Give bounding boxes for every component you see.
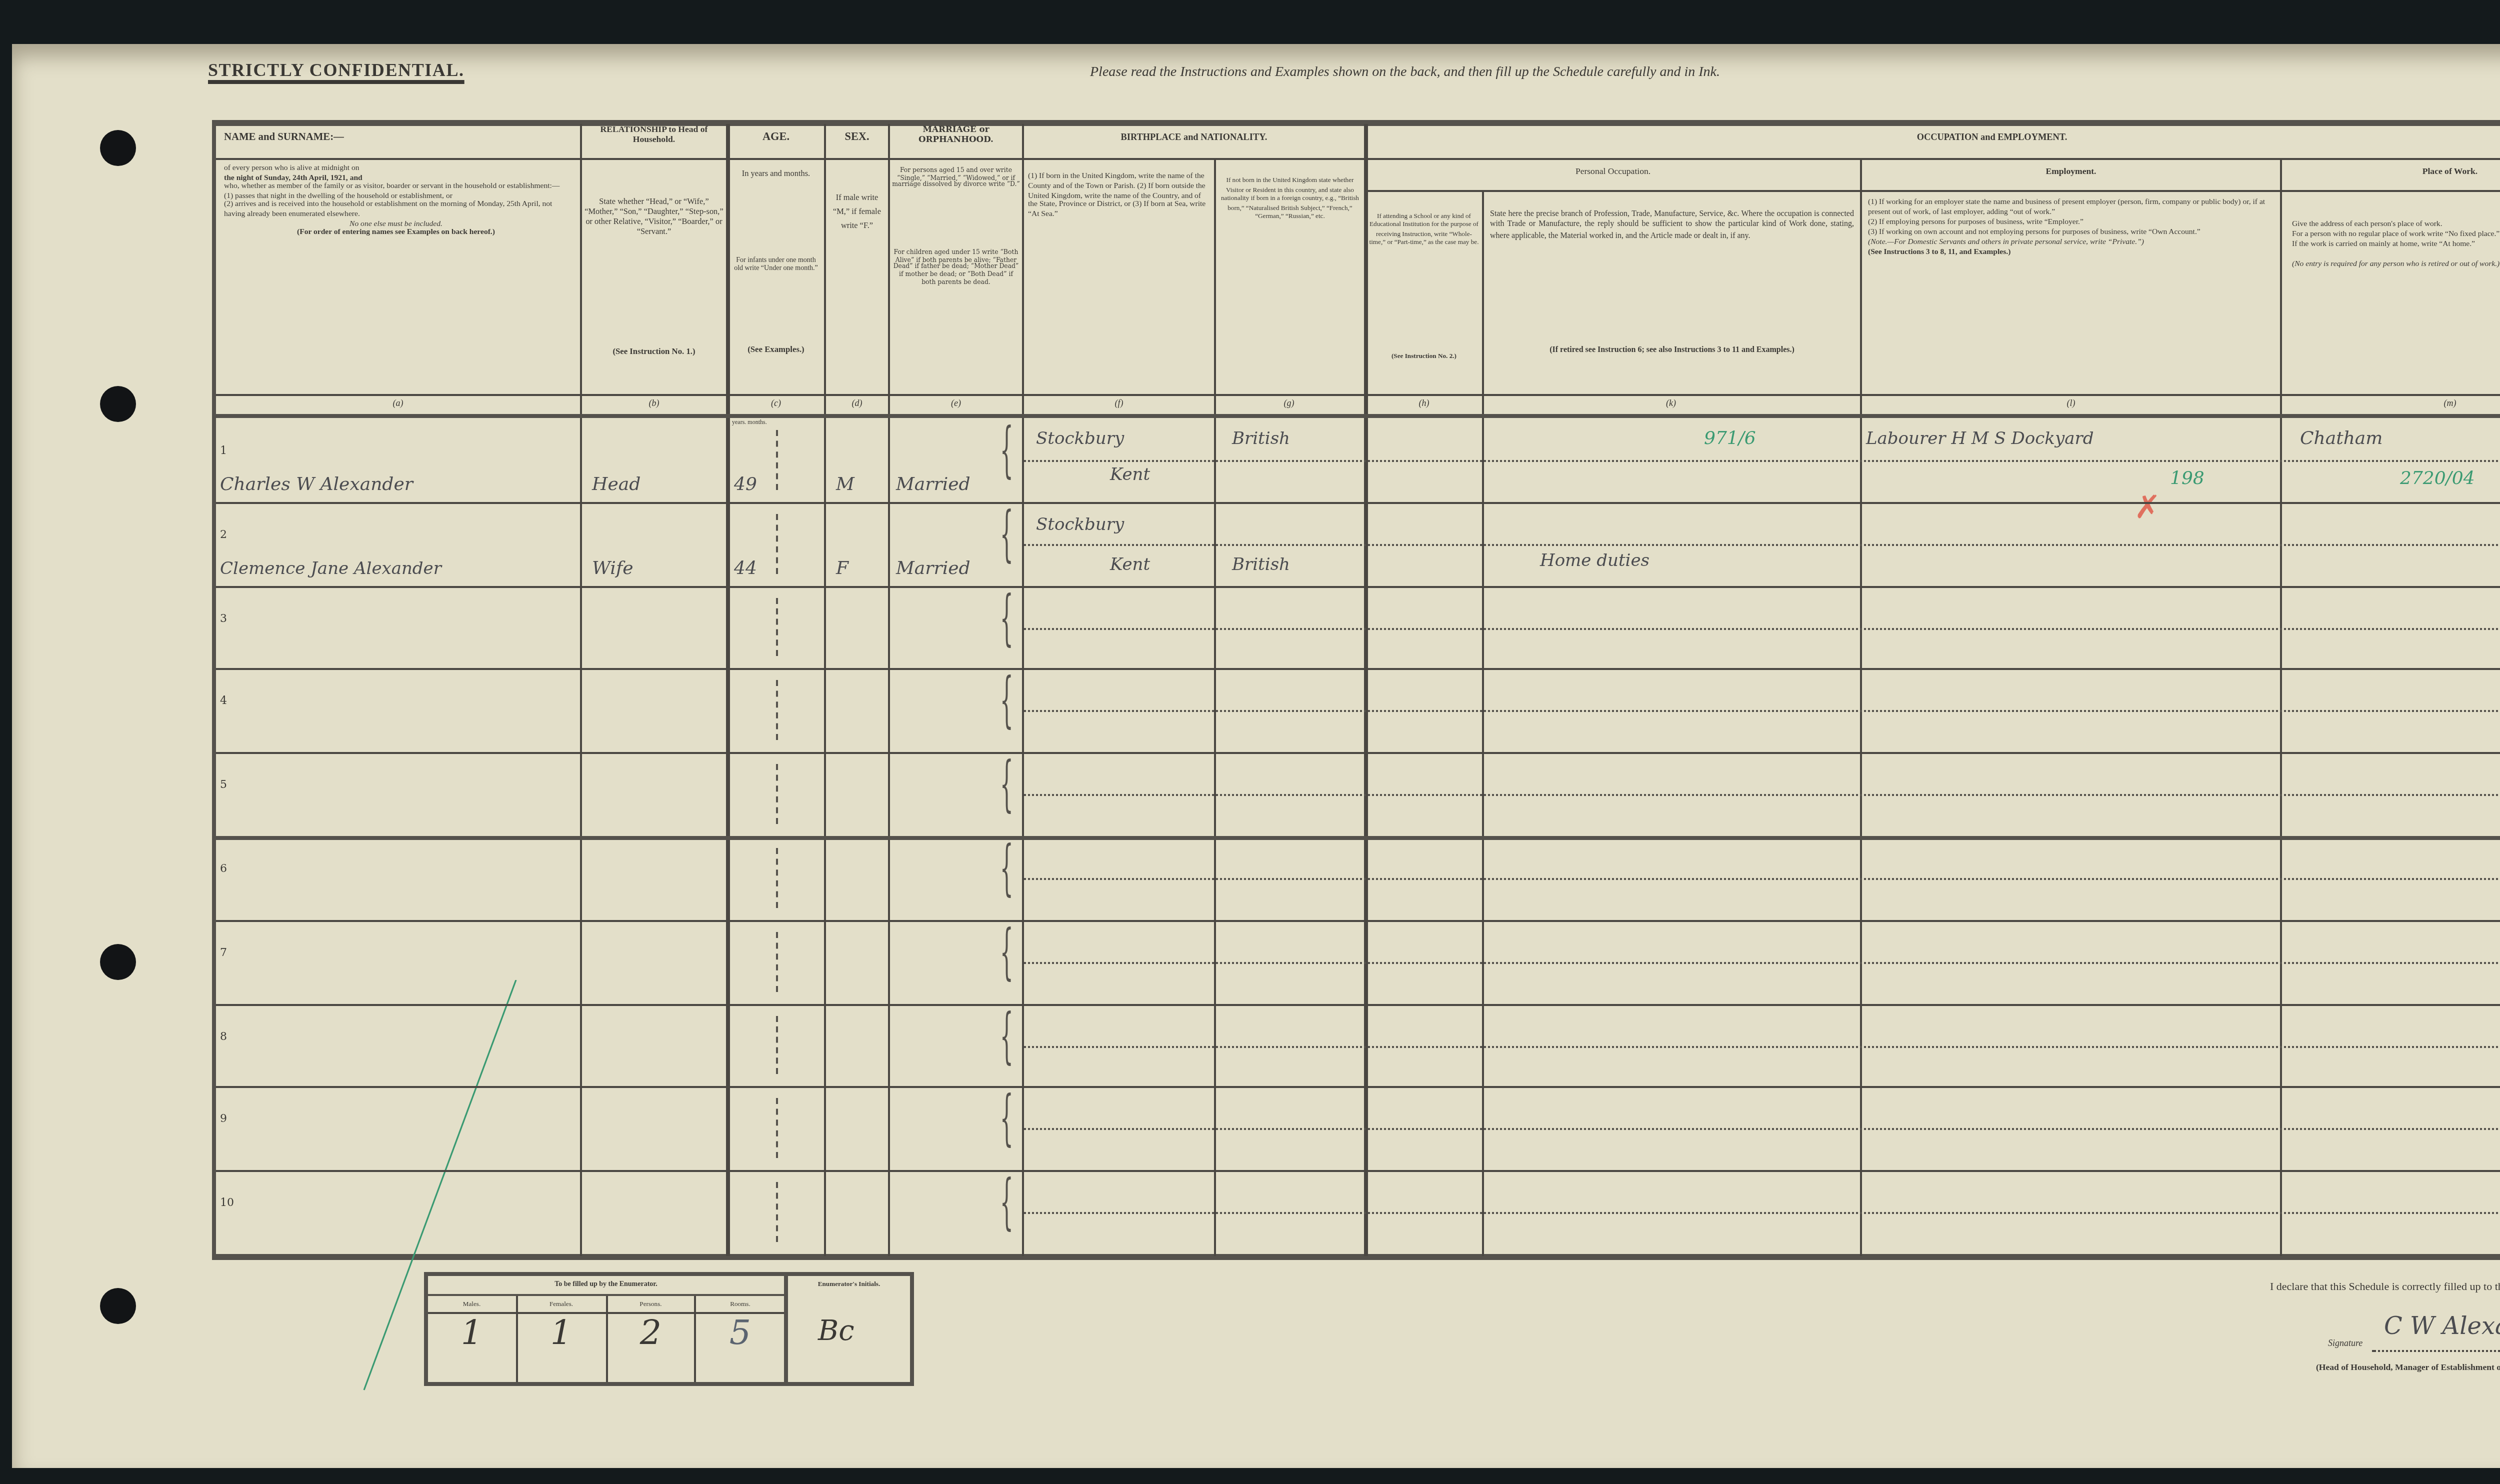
col-divider bbox=[2280, 160, 2282, 1256]
instruction-line: Please read the Instructions and Example… bbox=[1090, 64, 1720, 80]
row-rule bbox=[216, 919, 2500, 921]
row1-birthplace-county[interactable]: Kent bbox=[1110, 466, 1150, 486]
row1-employment[interactable]: Labourer H M S Dockyard bbox=[1866, 430, 2094, 450]
col-c-note: (See Examples.) bbox=[732, 344, 820, 354]
row-mid-rule bbox=[1024, 627, 2500, 629]
row2-birthplace-county[interactable]: Kent bbox=[1110, 556, 1150, 576]
col-k-text: State here the precise branch of Profess… bbox=[1490, 208, 1739, 218]
red-cross-mark: ✗ bbox=[2134, 488, 2161, 526]
brace-icon: { bbox=[1000, 923, 1013, 983]
col-a-text: of every person who is alive at midnight… bbox=[224, 164, 359, 172]
col-a-text: who, whether as member of the family or … bbox=[224, 182, 559, 190]
row1-employment-code: 198 bbox=[2170, 470, 2204, 490]
age-months-divider bbox=[776, 681, 778, 740]
brace-icon: { bbox=[1000, 422, 1013, 482]
col-e-letter: (e) bbox=[890, 398, 1022, 408]
age-months-divider bbox=[776, 764, 778, 824]
rooms-value[interactable]: 5 bbox=[696, 1314, 784, 1354]
col-divider bbox=[580, 124, 582, 1256]
col-m-text: Give the address of each person's place … bbox=[2292, 220, 2442, 228]
row-number: 2 bbox=[220, 529, 227, 541]
col-a-title: NAME and SURNAME:— bbox=[224, 132, 484, 144]
initials-label: Enumerator's Initials. bbox=[788, 1280, 910, 1288]
row-rule bbox=[216, 752, 2500, 754]
row2-sex[interactable]: F bbox=[836, 560, 848, 580]
row-rule bbox=[216, 501, 2500, 503]
col-k-instructions: State here the precise branch of Profess… bbox=[1490, 208, 1854, 240]
col-c-infants: For infants under one month old write “U… bbox=[732, 256, 820, 273]
males-cell: Males. 1 bbox=[428, 1296, 517, 1382]
brace-icon: { bbox=[1000, 840, 1013, 900]
col-m-title: Place of Work. bbox=[2282, 166, 2500, 176]
col-h-note: (See Instruction No. 2.) bbox=[1368, 352, 1480, 360]
row-number: 7 bbox=[220, 947, 227, 959]
row1-relationship[interactable]: Head bbox=[592, 476, 640, 496]
age-months-divider bbox=[776, 597, 778, 656]
col-h-letter: (h) bbox=[1366, 398, 1482, 408]
col-l-text: (1) If working for an employer state the… bbox=[1868, 198, 2265, 216]
col-c-letter: (c) bbox=[728, 398, 824, 408]
col-e-children: For children aged under 15 write “Both A… bbox=[892, 250, 1020, 287]
divider bbox=[784, 1276, 787, 1382]
row2-name[interactable]: Clemence Jane Alexander bbox=[220, 560, 441, 580]
row-number: 9 bbox=[220, 1115, 227, 1127]
row-number: 8 bbox=[220, 1031, 227, 1043]
row-number: 6 bbox=[220, 864, 227, 876]
col-a-text: (For order of entering names see Example… bbox=[224, 228, 568, 237]
brace-icon: { bbox=[1000, 1007, 1013, 1067]
row-number: 5 bbox=[220, 780, 227, 792]
col-divider bbox=[726, 124, 729, 1256]
col-divider bbox=[888, 124, 890, 1256]
col-f-letter: (f) bbox=[1024, 398, 1214, 408]
row-rule bbox=[216, 1003, 2500, 1004]
rooms-label: Rooms. bbox=[696, 1296, 784, 1314]
enumerator-box-title: To be filled up by the Enumerator. bbox=[428, 1276, 784, 1296]
row1-nationality[interactable]: British bbox=[1232, 430, 1290, 450]
col-g-letter: (g) bbox=[1214, 398, 1364, 408]
personal-occupation-title: Personal Occupation. bbox=[1366, 166, 1860, 176]
col-a-letter: (a) bbox=[216, 398, 580, 408]
row2-occupation[interactable]: Home duties bbox=[1540, 552, 1649, 572]
row-rule bbox=[216, 1087, 2500, 1088]
row2-age[interactable]: 44 bbox=[734, 560, 757, 580]
col-c-instructions: In years and months. bbox=[732, 168, 820, 180]
col-l-letter: (l) bbox=[1862, 398, 2280, 408]
females-cell: Females. 1 bbox=[517, 1296, 607, 1382]
col-a-text: the night of Sunday, 24th April, 1921, a… bbox=[224, 173, 362, 181]
row-number: 1 bbox=[220, 446, 227, 458]
row2-relationship[interactable]: Wife bbox=[592, 560, 633, 580]
col-divider bbox=[824, 124, 826, 1256]
count-cells: Males. 1 Females. 1 Persons. 2 Rooms. 5 bbox=[428, 1296, 784, 1382]
col-l-title: Employment. bbox=[1862, 166, 2280, 176]
punch-hole bbox=[100, 1288, 136, 1324]
col-a-text: (2) arrives and is received into the hou… bbox=[224, 201, 552, 218]
males-label: Males. bbox=[428, 1296, 515, 1314]
row-mid-rule bbox=[1024, 794, 2500, 796]
brace-icon: { bbox=[1000, 1174, 1013, 1234]
punch-hole bbox=[100, 386, 136, 422]
row1-marriage[interactable]: Married bbox=[896, 476, 970, 496]
census-table bbox=[212, 120, 2500, 1260]
col-e-adults: For persons aged 15 and over write “Sing… bbox=[892, 168, 1020, 190]
header-rule bbox=[1024, 158, 2500, 159]
header-rule bbox=[216, 394, 2500, 395]
row-number: 3 bbox=[220, 613, 227, 625]
header-bottom-rule bbox=[216, 414, 2500, 417]
col-b-title: RELATIONSHIP to Head of Household. bbox=[582, 124, 726, 144]
col-d-letter: (d) bbox=[826, 398, 888, 408]
col-h-instructions: If attending a School or any kind of Edu… bbox=[1368, 212, 1480, 246]
brace-icon: { bbox=[1000, 673, 1013, 733]
persons-cell: Persons. 2 bbox=[607, 1296, 696, 1382]
col-a-text: No one else must be included. bbox=[224, 219, 568, 228]
col-b-instructions: State whether “Head,” or “Wife,” “Mother… bbox=[584, 196, 724, 236]
signature-label: Signature bbox=[2328, 1338, 2362, 1348]
signature-line bbox=[2372, 1350, 2500, 1352]
col-m-text: For a person with no regular place of wo… bbox=[2292, 230, 2499, 238]
col-l-note: (See Instructions 3 to 8, 11, and Exampl… bbox=[1868, 248, 2010, 256]
signature-caption: (Head of Household, Manager of Establish… bbox=[2316, 1362, 2500, 1372]
row2-marriage[interactable]: Married bbox=[896, 560, 970, 580]
females-label: Females. bbox=[517, 1296, 605, 1314]
col-divider bbox=[1364, 124, 1367, 1256]
initials-value[interactable]: Bc bbox=[818, 1316, 854, 1348]
col-divider bbox=[1214, 160, 1216, 1256]
row-mid-rule bbox=[1024, 1212, 2500, 1214]
row-rule bbox=[216, 836, 2500, 839]
col-divider bbox=[1022, 124, 1024, 1256]
col-divider bbox=[1482, 190, 1484, 1256]
row1-age[interactable]: 49 bbox=[734, 476, 757, 496]
col-b-letter: (b) bbox=[582, 398, 726, 408]
row-mid-rule bbox=[1024, 961, 2500, 963]
row-mid-rule bbox=[1024, 1045, 2500, 1047]
col-a-instructions: of every person who is alive at midnight… bbox=[224, 164, 568, 237]
row-mid-rule bbox=[1024, 543, 2500, 545]
col-f-instructions: (1) If born in the United Kingdom, write… bbox=[1028, 172, 1212, 220]
col-g-instructions: If not born in the United Kingdom state … bbox=[1218, 176, 1362, 221]
col-e-title: MARRIAGE or ORPHANHOOD. bbox=[890, 124, 1022, 144]
row1-occupation-code: 971/6 bbox=[1704, 430, 1756, 450]
brace-icon: { bbox=[1000, 1091, 1013, 1151]
age-months-divider bbox=[776, 1182, 778, 1242]
col-a-text: (1) passes that night in the dwelling of… bbox=[224, 191, 452, 199]
row-rule bbox=[216, 669, 2500, 670]
row-rule bbox=[216, 1170, 2500, 1172]
strictly-confidential-label: STRICTLY CONFIDENTIAL. bbox=[208, 60, 464, 80]
col-c-subheader: years. months. bbox=[732, 418, 767, 426]
row2-nationality[interactable]: British bbox=[1232, 556, 1290, 576]
males-value[interactable]: 1 bbox=[428, 1314, 515, 1354]
age-months-divider bbox=[776, 430, 778, 489]
row-mid-rule bbox=[1024, 710, 2500, 712]
col-l-text: (3) If working on own account and not em… bbox=[1868, 228, 2200, 236]
persons-value[interactable]: 2 bbox=[607, 1314, 694, 1354]
age-months-divider bbox=[776, 848, 778, 907]
header-rule bbox=[1366, 190, 2500, 191]
row-mid-rule bbox=[1024, 460, 2500, 462]
row-mid-rule bbox=[1024, 878, 2500, 880]
col-b-note: (See Instruction No. 1.) bbox=[584, 346, 724, 356]
col-divider bbox=[1860, 160, 1862, 1256]
row1-place-of-work[interactable]: Chatham bbox=[2300, 430, 2383, 450]
females-value[interactable]: 1 bbox=[517, 1314, 605, 1354]
col-d-instructions: If male write “M,” if female write “F.” bbox=[828, 190, 886, 232]
row1-place-code: 2720/04 bbox=[2400, 470, 2475, 490]
row1-name[interactable]: Charles W Alexander bbox=[220, 476, 413, 496]
brace-icon: { bbox=[1000, 505, 1013, 565]
age-months-divider bbox=[776, 1015, 778, 1074]
persons-label: Persons. bbox=[607, 1296, 694, 1314]
col-m-text: If the work is carried on mainly at home… bbox=[2292, 240, 2475, 248]
row1-sex[interactable]: M bbox=[836, 476, 854, 496]
row-number: 4 bbox=[220, 697, 227, 709]
row2-birthplace-town[interactable]: Stockbury bbox=[1036, 516, 1124, 536]
census-schedule-stage: STRICTLY CONFIDENTIAL. Please read the I… bbox=[0, 0, 2500, 1484]
signature-value[interactable]: C W Alexander bbox=[2384, 1312, 2500, 1340]
col-m-letter: (m) bbox=[2282, 398, 2500, 408]
brace-icon: { bbox=[1000, 756, 1013, 816]
declaration-text: I declare that this Schedule is correctl… bbox=[2270, 1282, 2500, 1294]
row1-birthplace-town[interactable]: Stockbury bbox=[1036, 430, 1124, 450]
col-l-text: (2) If employing persons for purposes of… bbox=[1868, 218, 2083, 226]
col-c-title: AGE. bbox=[728, 132, 824, 144]
row-mid-rule bbox=[1024, 1128, 2500, 1130]
age-months-divider bbox=[776, 513, 778, 573]
row-number: 10 bbox=[220, 1198, 234, 1210]
col-d-title: SEX. bbox=[826, 132, 888, 144]
col-m-instructions: Give the address of each person's place … bbox=[2292, 220, 2500, 270]
occupation-group-title: OCCUPATION and EMPLOYMENT. bbox=[1366, 132, 2500, 142]
row-rule bbox=[216, 585, 2500, 586]
punch-hole bbox=[100, 944, 136, 980]
enumerator-box-bottom: To be filled up by the Enumerator. Enume… bbox=[424, 1272, 914, 1386]
age-months-divider bbox=[776, 931, 778, 991]
col-m-text: (No entry is required for any person who… bbox=[2292, 260, 2499, 268]
age-months-divider bbox=[776, 1099, 778, 1158]
col-l-text: (Note.—For Domestic Servants and others … bbox=[1868, 238, 2144, 246]
header-rule bbox=[216, 158, 1024, 159]
birthplace-group-title: BIRTHPLACE and NATIONALITY. bbox=[1024, 132, 1364, 142]
col-l-instructions: (1) If working for an employer state the… bbox=[1868, 198, 2274, 258]
brace-icon: { bbox=[1000, 589, 1013, 649]
punch-hole bbox=[100, 130, 136, 166]
col-k-letter: (k) bbox=[1482, 398, 1860, 408]
rooms-cell: Rooms. 5 bbox=[696, 1296, 784, 1382]
col-k-note: (If retired see Instruction 6; see also … bbox=[1490, 344, 1854, 354]
